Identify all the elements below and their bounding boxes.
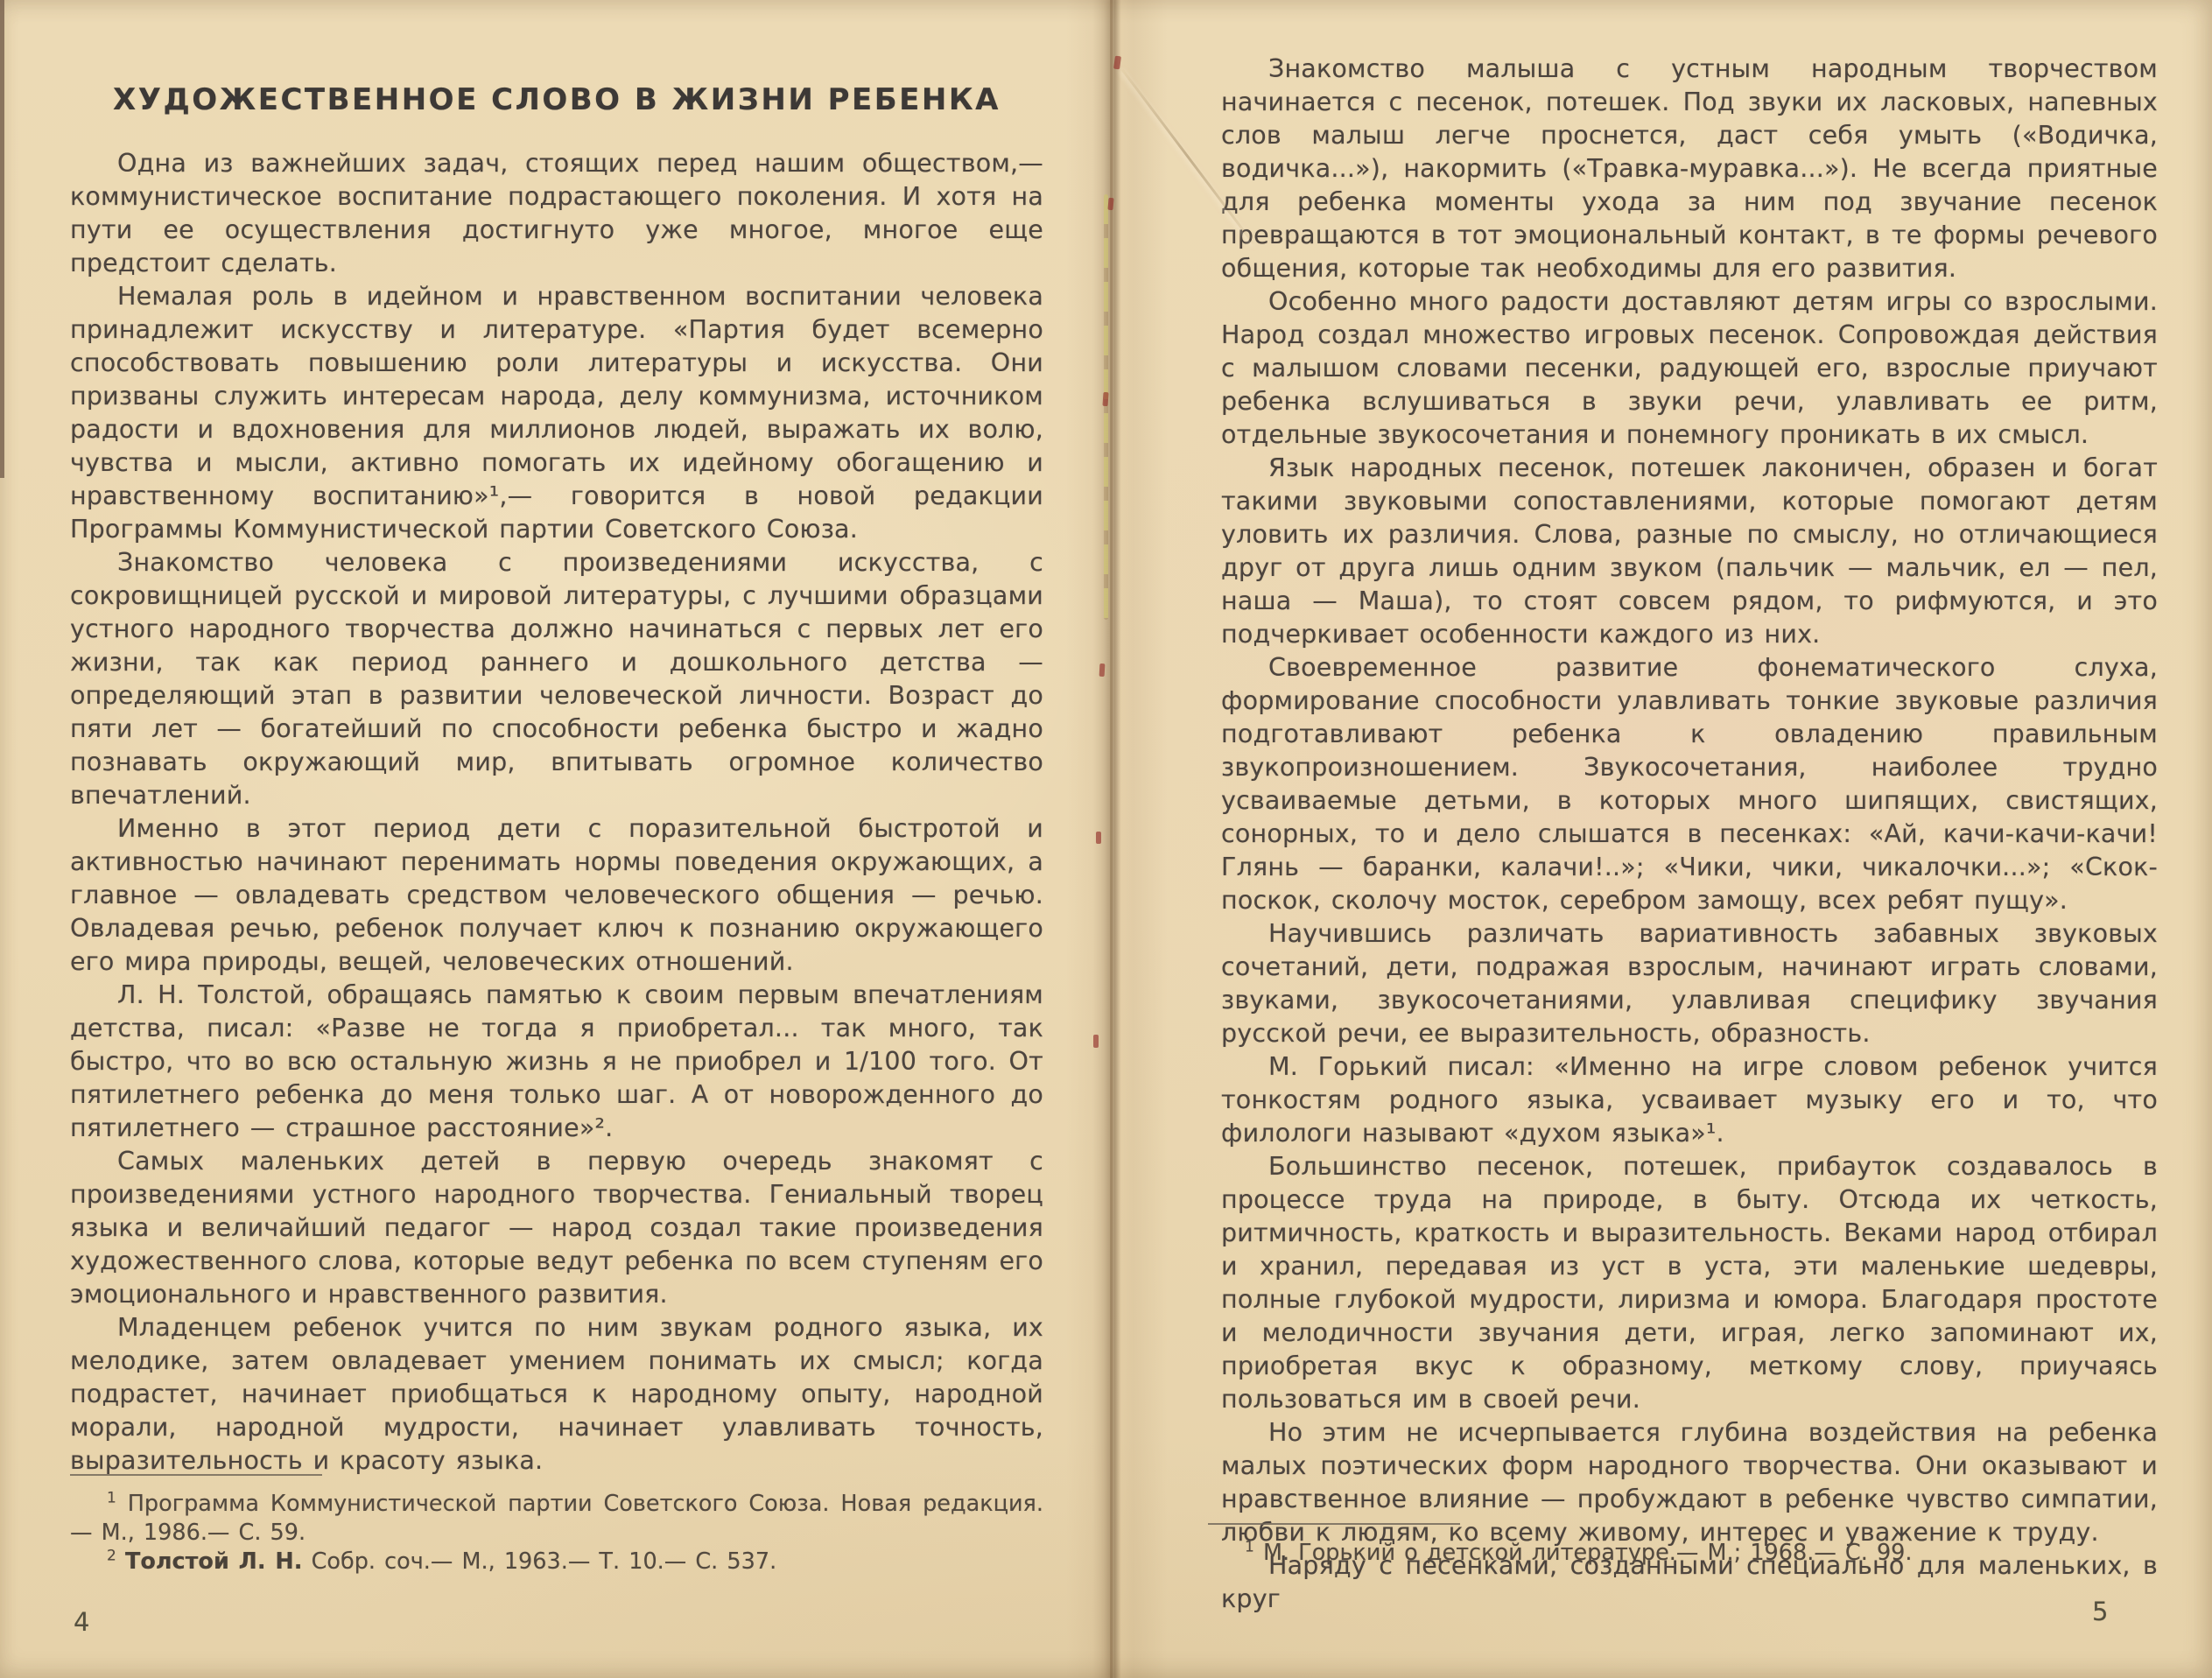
footnote-rule (1208, 1523, 1460, 1525)
footnote-marker: 1 (1245, 1539, 1254, 1556)
footnote-author: Толстой Л. Н. (125, 1548, 303, 1575)
right-page: Знакомство малыша с устным народным твор… (1112, 0, 2212, 1678)
paragraph: М. Горький писал: «Именно на игре словом… (1221, 1050, 2158, 1150)
paragraph: Л. Н. Толстой, обращаясь памятью к своим… (70, 979, 1043, 1145)
page-number: 4 (74, 1607, 89, 1637)
paragraph: Младенцем ребенок учится по ним звукам р… (70, 1311, 1043, 1478)
footnote-text: М. Горький о детской литературе.— М.; 19… (1263, 1540, 1913, 1566)
paragraph: Самых маленьких детей в первую очередь з… (70, 1145, 1043, 1311)
left-page-footnotes: 1 Программа Коммунистической партии Сове… (70, 1474, 1043, 1576)
paragraph: Одна из важнейших задач, стоящих перед н… (70, 147, 1043, 280)
footnote: 2 Толстой Л. Н. Собр. соч.— М., 1963.— Т… (70, 1548, 1043, 1576)
book-spread: ХУДОЖЕСТВЕННОЕ СЛОВО В ЖИЗНИ РЕБЕНКА Одн… (0, 0, 2212, 1678)
paragraph: Большинство песенок, потешек, прибауток … (1221, 1150, 2158, 1416)
paragraph: Научившись различать вариативность забав… (1221, 917, 2158, 1050)
paragraph: Немалая роль в идейном и нравственном во… (70, 280, 1043, 546)
footnote-text: Программа Коммунистической партии Советс… (70, 1491, 1043, 1546)
footnote: 1 Программа Коммунистической партии Сове… (70, 1490, 1043, 1548)
paragraph: Знакомство человека с произведениями иск… (70, 546, 1043, 812)
footnote-rule (70, 1474, 322, 1476)
footnote-marker: 2 (107, 1548, 116, 1565)
footnote: 1 М. Горький о детской литературе.— М.; … (1208, 1539, 2153, 1568)
page-title: ХУДОЖЕСТВЕННОЕ СЛОВО В ЖИЗНИ РЕБЕНКА (70, 82, 1043, 117)
paragraph: Особенно много радости доставляют детям … (1221, 285, 2158, 452)
paragraph: Знакомство малыша с устным народным твор… (1221, 53, 2158, 285)
footnote-marker: 1 (107, 1490, 116, 1507)
paragraph: Именно в этот период дети с поразительно… (70, 812, 1043, 979)
paragraph: Своевременное развитие фонематического с… (1221, 651, 2158, 917)
right-page-body: Знакомство малыша с устным народным твор… (1221, 53, 2158, 1616)
left-page: ХУДОЖЕСТВЕННОЕ СЛОВО В ЖИЗНИ РЕБЕНКА Одн… (0, 0, 1112, 1678)
footnote-text: Собр. соч.— М., 1963.— Т. 10.— С. 537. (312, 1548, 777, 1575)
page-number: 5 (2092, 1597, 2108, 1626)
right-page-footnotes: 1 М. Горький о детской литературе.— М.; … (1208, 1523, 2153, 1568)
left-page-body: Одна из важнейших задач, стоящих перед н… (70, 147, 1043, 1478)
paragraph: Язык народных песенок, потешек лаконичен… (1221, 452, 2158, 651)
